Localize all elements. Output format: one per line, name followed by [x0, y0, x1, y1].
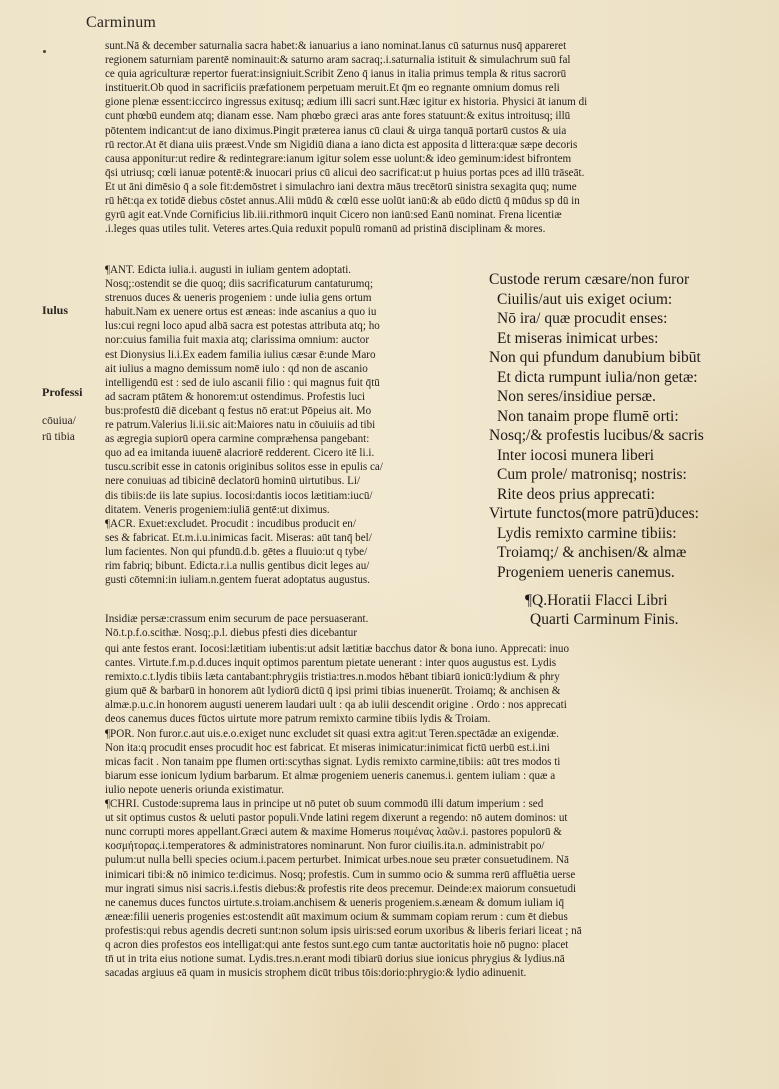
commentary-line: .i.leges quas utiles tulit. Veteres arte… — [105, 222, 587, 236]
commentary-line: strenuos duces & ueneris progeniem : und… — [105, 291, 383, 305]
left-column-commentary: ¶ANT. Edicta iulia.i. augusti in iuliam … — [105, 263, 383, 587]
poem-verse: Inter iocosi munera liberi — [489, 446, 704, 466]
ink-spot — [43, 50, 46, 53]
commentary-line: instituerit.Ob quod in sacrificiis præfa… — [105, 81, 587, 95]
commentary-line: causa apponitur:ut redire & redintegrare… — [105, 152, 587, 166]
bottom-commentary: qui ante festos erant. Iocosi:lætitiam i… — [105, 642, 582, 980]
commentary-line: q̄si utriusq; cœli ianuæ potentē:& inuoc… — [105, 166, 587, 180]
poem-verse: Non qui pfundum danubium bibūt — [489, 348, 704, 368]
commentary-line: Insidiæ persæ:crassum enim securum de pa… — [105, 612, 368, 626]
commentary-line: κοσμήτορας.i.temperatores & administrato… — [105, 839, 582, 853]
commentary-line: mur ingrati simus nisi sacris.i.festis d… — [105, 882, 582, 896]
commentary-line: sunt.Nā & december saturnalia sacra habe… — [105, 39, 587, 53]
commentary-line: remixto.c.t.lydis tibiis læta cantabant:… — [105, 670, 582, 684]
poem-verse: Et miseras inimicat urbes: — [489, 329, 704, 349]
commentary-line: rū hēt:qa ex totidē diebus cōstet annus.… — [105, 194, 587, 208]
poem-verses: Custode rerum cæsare/non furorCiuilis/au… — [489, 270, 704, 582]
commentary-line: cantes. Virtute.f.m.p.d.duces inquit opt… — [105, 656, 582, 670]
commentary-line: micas facit . Non tanaim ppe flumen orti… — [105, 755, 582, 769]
commentary-line: tuscu.scribit esse in catonis originibus… — [105, 460, 383, 474]
poem-verse: Virtute functos(more patrū)duces: — [489, 504, 704, 524]
poem-verse: Ciuilis/aut uis exiget ocium: — [489, 290, 704, 310]
commentary-line: Et ut āni dimēsio q̄ a sole fit:demōstre… — [105, 180, 587, 194]
margin-note: cōuiua/ — [42, 414, 76, 428]
commentary-line: iulio nepote ueneris oriunda existimatur… — [105, 783, 582, 797]
commentary-line: ut sit optimus custos & ueluti pastor po… — [105, 811, 582, 825]
commentary-line: as ægregia supiorū opera carmine compræh… — [105, 432, 383, 446]
commentary-line: tn̄ ut in trita eius notione sumat. Lydi… — [105, 952, 582, 966]
poem-verse: Progeniem ueneris canemus. — [489, 563, 704, 583]
commentary-line: gusti cōtemni:in iuliam.n.gentem fuerat … — [105, 573, 383, 587]
commentary-line: rim fabriq; bibunt. Edicta.r.i.a nullis … — [105, 559, 383, 573]
commentary-line: est Dionysius li.i.Ex eadem familia iuli… — [105, 348, 383, 362]
commentary-line: Nō.t.p.f.o.scithæ. Nosq;.p.l. diebus pfe… — [105, 626, 368, 640]
bottom-left-commentary: Insidiæ persæ:crassum enim securum de pa… — [105, 612, 368, 640]
commentary-line: habuit.Nam ex uenere ortus est æneas: in… — [105, 305, 383, 319]
colophon-line-1: ¶Q.Horatii Flacci Libri — [525, 592, 679, 611]
commentary-line: regionem saturniam parentē nominauit:& s… — [105, 53, 587, 67]
commentary-line: cunt phœbū eundem atq; dianam esse. Nam … — [105, 109, 587, 123]
margin-note: Professi — [42, 385, 82, 399]
margin-note: rū tibia — [42, 430, 75, 444]
poem-verse: Troiamq;/ & anchisen/& almæ — [489, 543, 704, 563]
commentary-line: ait iulius a magno demissum nomē iulo : … — [105, 362, 383, 376]
colophon-line-2: Quarti Carminum Finis. — [525, 611, 679, 630]
commentary-line: gium quē & barbarū in honorem aūt lydior… — [105, 684, 582, 698]
colophon: ¶Q.Horatii Flacci Libri Quarti Carminum … — [525, 592, 679, 629]
commentary-line: almæ.p.u.c.in honorem augusti uenerem la… — [105, 698, 582, 712]
poem-verse: Nosq;/& profestis lucibus/& sacris — [489, 426, 704, 446]
commentary-line: qui ante festos erant. Iocosi:lætitiam i… — [105, 642, 582, 656]
margin-note: Iulus — [42, 303, 68, 317]
commentary-line: ditatem. Veneris progeniem:iuliā gentē:u… — [105, 503, 383, 517]
commentary-line: deos canemus duces fūctos uirtute more p… — [105, 712, 582, 726]
commentary-line: nor:cuius familia fuit maxia atq; claris… — [105, 333, 383, 347]
commentary-line: ¶POR. Non furor.c.aut uis.e.o.exiget nun… — [105, 727, 582, 741]
commentary-line: quo ad ea imitanda iuuenē alacriorē redd… — [105, 446, 383, 460]
commentary-line: pulum:ut nulla belli species ocium.i.pac… — [105, 853, 582, 867]
commentary-line: inimicari tibi:& nō inimico te:dicimus. … — [105, 868, 582, 882]
commentary-line: rū rector.At ēt diana uiis præest.Vnde s… — [105, 138, 587, 152]
commentary-line: lum facientes. Non qui pfundū.d.b. gētes… — [105, 545, 383, 559]
commentary-line: profestis:qui rebus agendis decreti sunt… — [105, 924, 582, 938]
commentary-line: ad sacram ptātem & honorem:ut ostendimus… — [105, 390, 383, 404]
poem-verse: Custode rerum cæsare/non furor — [489, 270, 704, 290]
commentary-line: ses & fabricat. Et.m.i.u.inimicas facit.… — [105, 531, 383, 545]
commentary-line: gyrū agit eat.Vnde Cornificius lib.iii.r… — [105, 208, 587, 222]
commentary-line: q acron dies profestos eos intelligat:qu… — [105, 938, 582, 952]
poem-verse: Rite deos prius apprecati: — [489, 485, 704, 505]
commentary-line: pōtentem indicant:ut de iano diximus.Pin… — [105, 124, 587, 138]
commentary-line: sacadas argiuus eā quam in musicis strop… — [105, 966, 582, 980]
running-head: Carminum — [86, 14, 156, 32]
commentary-line: æneæ:filii ueneris progenies est:ostendi… — [105, 910, 582, 924]
poem-verse: Lydis remixto carmine tibiis: — [489, 524, 704, 544]
commentary-line: nere conuiuas ad tibicinē declatorū homi… — [105, 474, 383, 488]
poem-verse: Nō ira/ quæ procudit enses: — [489, 309, 704, 329]
commentary-line: ce quia agriculturæ repertor fuerat:insi… — [105, 67, 587, 81]
commentary-line: biarum esse ionicum lydium barbarum. Et … — [105, 769, 582, 783]
commentary-line: ¶CHRI. Custode:suprema laus in principe … — [105, 797, 582, 811]
commentary-line: re patrum.Valerius li.ii.sic ait:Maiores… — [105, 418, 383, 432]
commentary-line: intelligendū est : sed de iulo ascanii f… — [105, 376, 383, 390]
commentary-line: Non ita:q procudit enses procudit hoc es… — [105, 741, 582, 755]
commentary-line: lus:cui regni loco apud albā sacra est p… — [105, 319, 383, 333]
commentary-line: bus:profestū diē dicebant q festus nō er… — [105, 404, 383, 418]
top-commentary: sunt.Nā & december saturnalia sacra habe… — [105, 39, 587, 236]
commentary-line: ne canemus duces functos uirtute.s.troia… — [105, 896, 582, 910]
commentary-line: dis tibiis:de iis late supius. Iocosi:da… — [105, 489, 383, 503]
poem-verse: Non tanaim prope flumē orti: — [489, 407, 704, 427]
poem-verse: Cum prole/ matronisq; nostris: — [489, 465, 704, 485]
commentary-line: Nosq;:ostendit se die quoq; diis sacrifi… — [105, 277, 383, 291]
commentary-line: ¶ANT. Edicta iulia.i. augusti in iuliam … — [105, 263, 383, 277]
commentary-line: gione plenæ essent:iccirco ingressus exi… — [105, 95, 587, 109]
commentary-line: ¶ACR. Exuet:excludet. Procudit : incudib… — [105, 517, 383, 531]
commentary-line: nunc corrupti mores appellant.Græci aute… — [105, 825, 582, 839]
poem-verse: Non seres/insidiue persæ. — [489, 387, 704, 407]
poem-verse: Et dicta rumpunt iulia/non getæ: — [489, 368, 704, 388]
